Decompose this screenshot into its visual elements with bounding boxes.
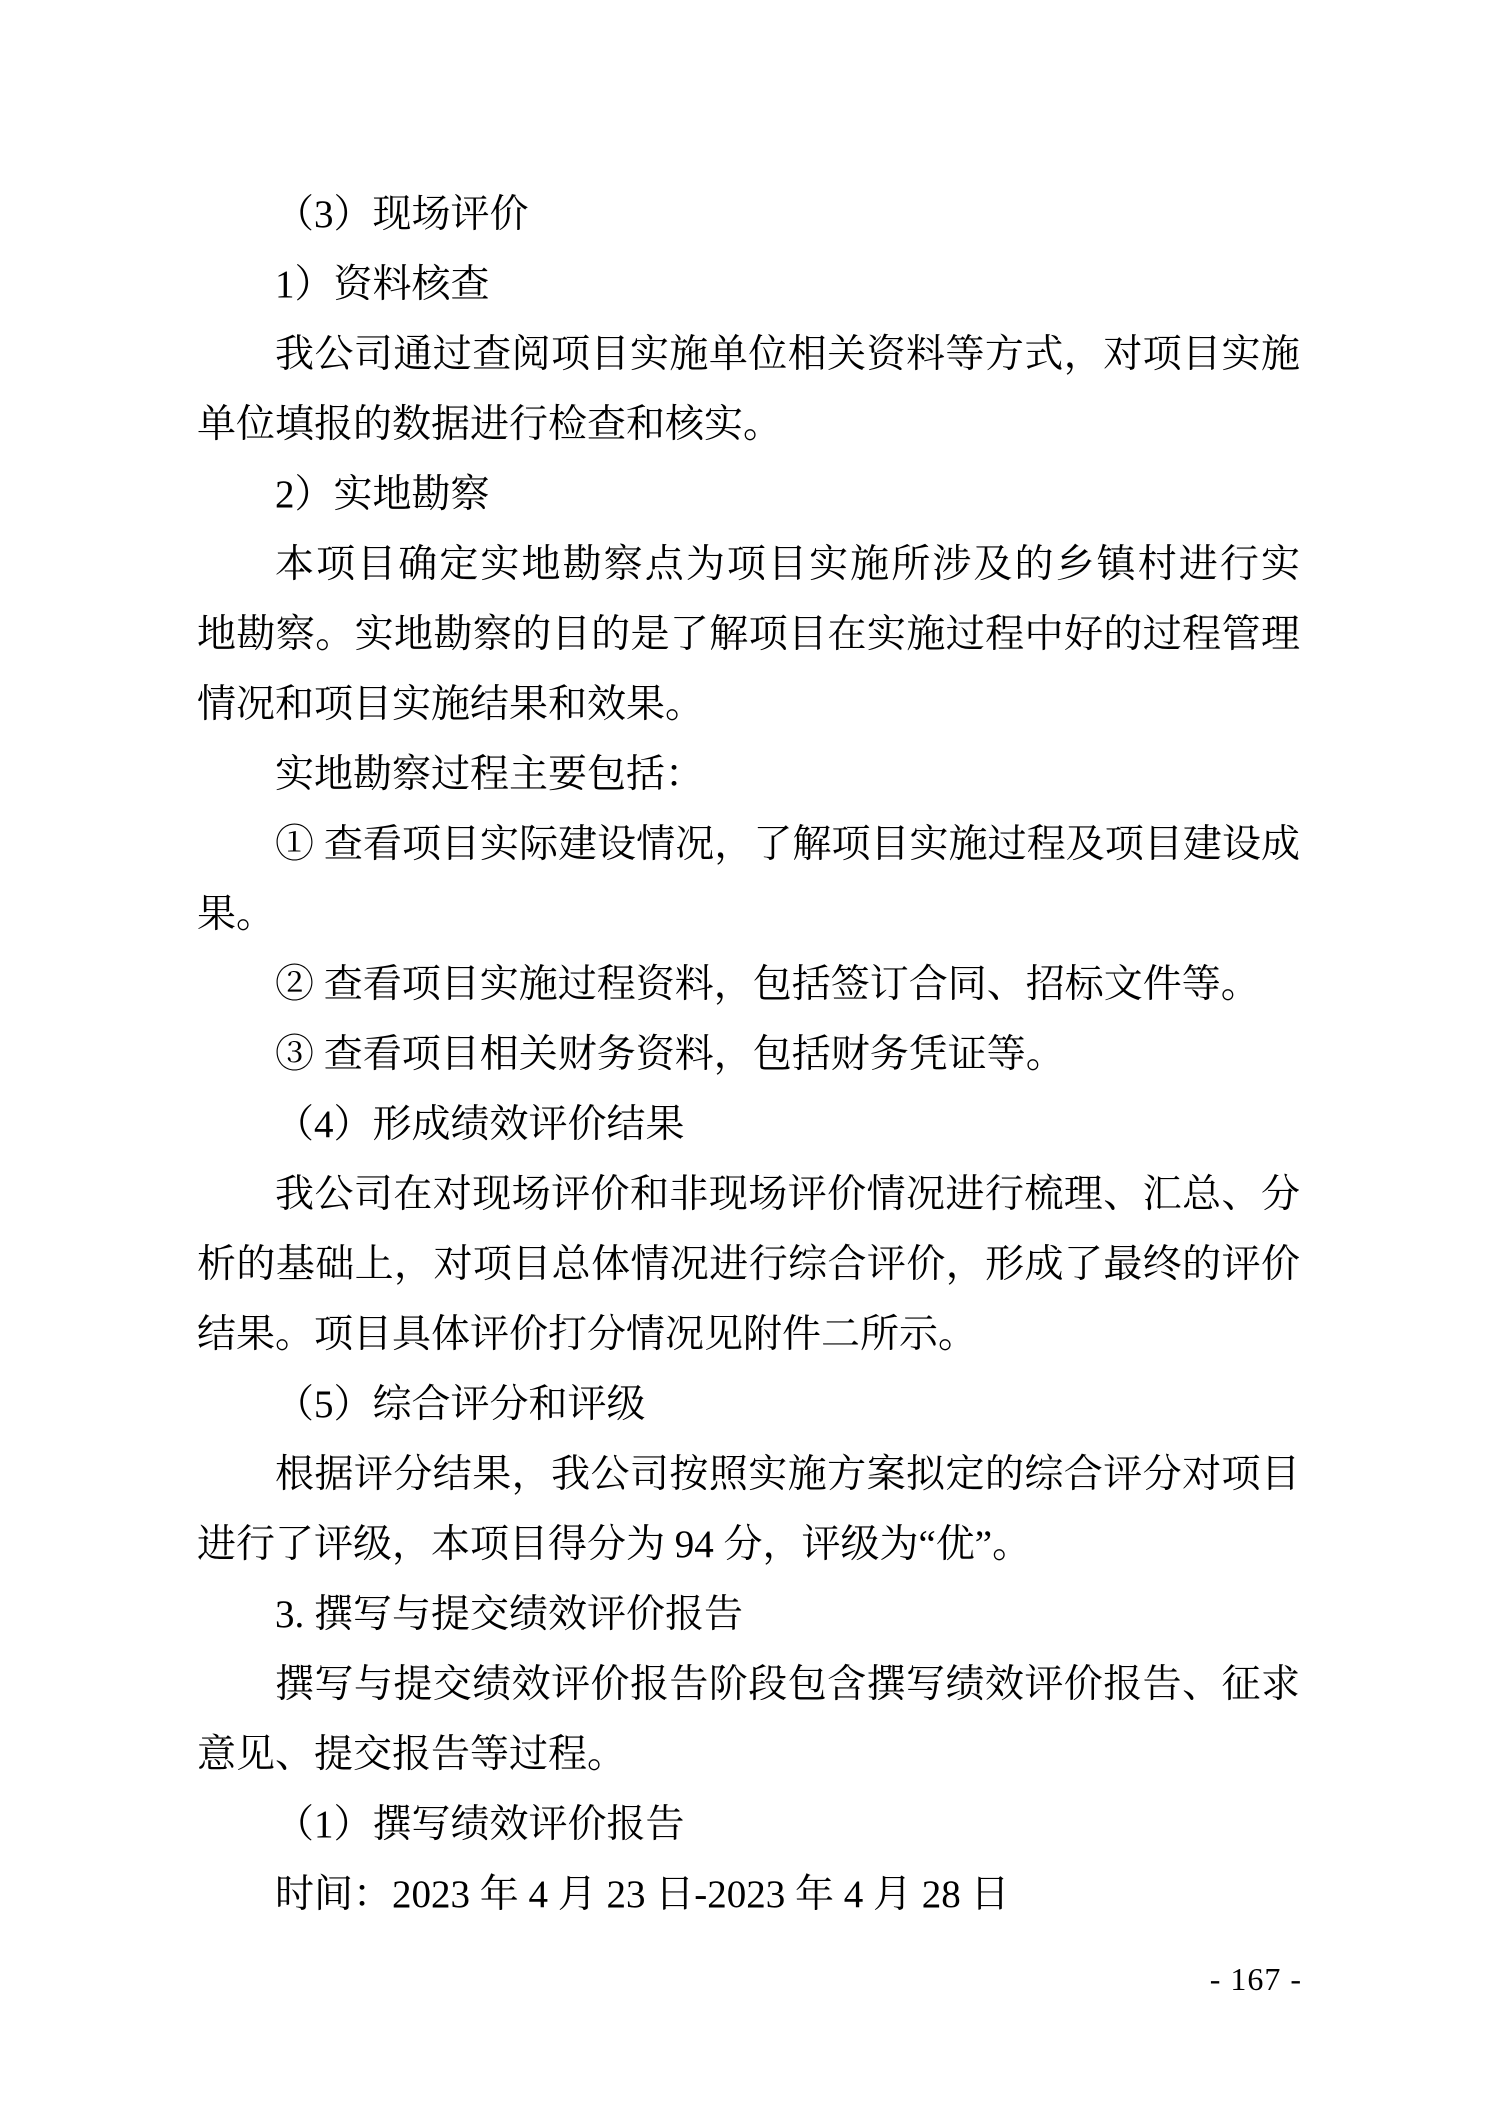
body-line: 析的基础上，对项目总体情况进行综合评价，形成了最终的评价 [197, 1230, 1300, 1300]
section-heading: （1）撰写绩效评价报告 [197, 1790, 1300, 1860]
section-heading: （4）形成绩效评价结果 [197, 1090, 1300, 1160]
page-number: - 167 - [1210, 1957, 1302, 2001]
body-line: 本项目确定实地勘察点为项目实施所涉及的乡镇村进行实 [197, 530, 1300, 600]
body-line: 情况和项目实施结果和效果。 [197, 670, 1300, 740]
list-item-line: ③ 查看项目相关财务资料，包括财务凭证等。 [197, 1020, 1300, 1090]
body-line: 我公司在对现场评价和非现场评价情况进行梳理、汇总、分 [197, 1160, 1300, 1230]
section-heading: （5）综合评分和评级 [197, 1370, 1300, 1440]
body-line: 单位填报的数据进行检查和核实。 [197, 390, 1300, 460]
document-body: （3）现场评价1）资料核查我公司通过查阅项目实施单位相关资料等方式，对项目实施单… [197, 180, 1300, 1930]
document-page: （3）现场评价1）资料核查我公司通过查阅项目实施单位相关资料等方式，对项目实施单… [0, 0, 1488, 2104]
body-line: 根据评分结果，我公司按照实施方案拟定的综合评分对项目 [197, 1440, 1300, 1510]
list-item-line: ② 查看项目实施过程资料，包括签订合同、招标文件等。 [197, 950, 1300, 1020]
body-line: 意见、提交报告等过程。 [197, 1720, 1300, 1790]
body-line: 果。 [197, 880, 1300, 950]
list-item-line: ① 查看项目实际建设情况，了解项目实施过程及项目建设成 [197, 810, 1300, 880]
body-line: 结果。项目具体评价打分情况见附件二所示。 [197, 1300, 1300, 1370]
body-line: 撰写与提交绩效评价报告阶段包含撰写绩效评价报告、征求 [197, 1650, 1300, 1720]
section-heading: （3）现场评价 [197, 180, 1300, 250]
body-line: 我公司通过查阅项目实施单位相关资料等方式，对项目实施 [197, 320, 1300, 390]
section-heading: 3. 撰写与提交绩效评价报告 [197, 1580, 1300, 1650]
section-heading: 1）资料核查 [197, 250, 1300, 320]
body-line: 地勘察。实地勘察的目的是了解项目在实施过程中好的过程管理 [197, 600, 1300, 670]
body-line: 时间：2023 年 4 月 23 日-2023 年 4 月 28 日 [197, 1860, 1300, 1930]
body-line: 进行了评级，本项目得分为 94 分，评级为“优”。 [197, 1510, 1300, 1580]
body-line: 实地勘察过程主要包括： [197, 740, 1300, 810]
section-heading: 2）实地勘察 [197, 460, 1300, 530]
